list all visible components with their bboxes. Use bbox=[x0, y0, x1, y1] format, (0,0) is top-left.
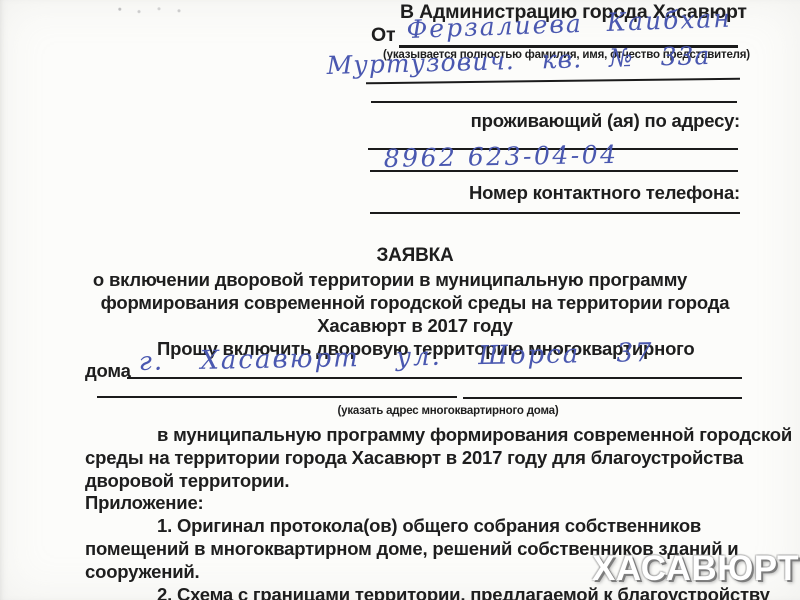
address-underline bbox=[127, 377, 742, 379]
application-title: ЗАЯВКА bbox=[85, 246, 745, 266]
attachments-label: Приложение: bbox=[85, 493, 204, 512]
blank-underline-4-left bbox=[97, 396, 457, 398]
address-caption: (указать адрес многоквартирного дома) bbox=[298, 405, 598, 417]
scan-noise-mark bbox=[115, 6, 195, 14]
phone-handwritten: 8962 623-04-04 bbox=[384, 142, 619, 172]
city-watermark: ХАСАВЮРТ bbox=[592, 549, 799, 589]
blank-underline-4-right bbox=[463, 397, 742, 399]
attachment-1-line-1: 1. Оригинал протокола(ов) общего собрани… bbox=[157, 516, 701, 535]
application-subtitle-line-2: формирования современной городской среды… bbox=[85, 293, 745, 312]
from-line2-underline bbox=[366, 78, 740, 85]
application-subtitle-line-1: о включении дворовой территории в муници… bbox=[60, 270, 720, 289]
body-line-1: в муниципальную программу формирования с… bbox=[157, 425, 792, 444]
blank-underline-1 bbox=[371, 101, 737, 103]
from-label: От bbox=[371, 25, 395, 45]
doma-label: дома bbox=[85, 361, 131, 380]
body-line-2: среды на территории города Хасавюрт в 20… bbox=[85, 448, 743, 467]
blank-underline-3 bbox=[370, 212, 740, 214]
application-subtitle-line-3: Хасавюрт в 2017 году bbox=[85, 316, 745, 335]
phone-label: Номер контактного телефона: bbox=[440, 183, 740, 202]
residing-address-label: проживающий (ая) по адресу: bbox=[440, 111, 740, 130]
scanned-application-document: В Администрацию города Хасавюрт От Ферза… bbox=[0, 0, 800, 600]
body-line-3: дворовой территории. bbox=[85, 471, 289, 490]
attachment-1-line-3: сооружений. bbox=[85, 562, 199, 581]
address-handwritten: г. Хасавюрт ул. Шорса 37 bbox=[139, 340, 654, 376]
phone-underline bbox=[370, 170, 738, 172]
